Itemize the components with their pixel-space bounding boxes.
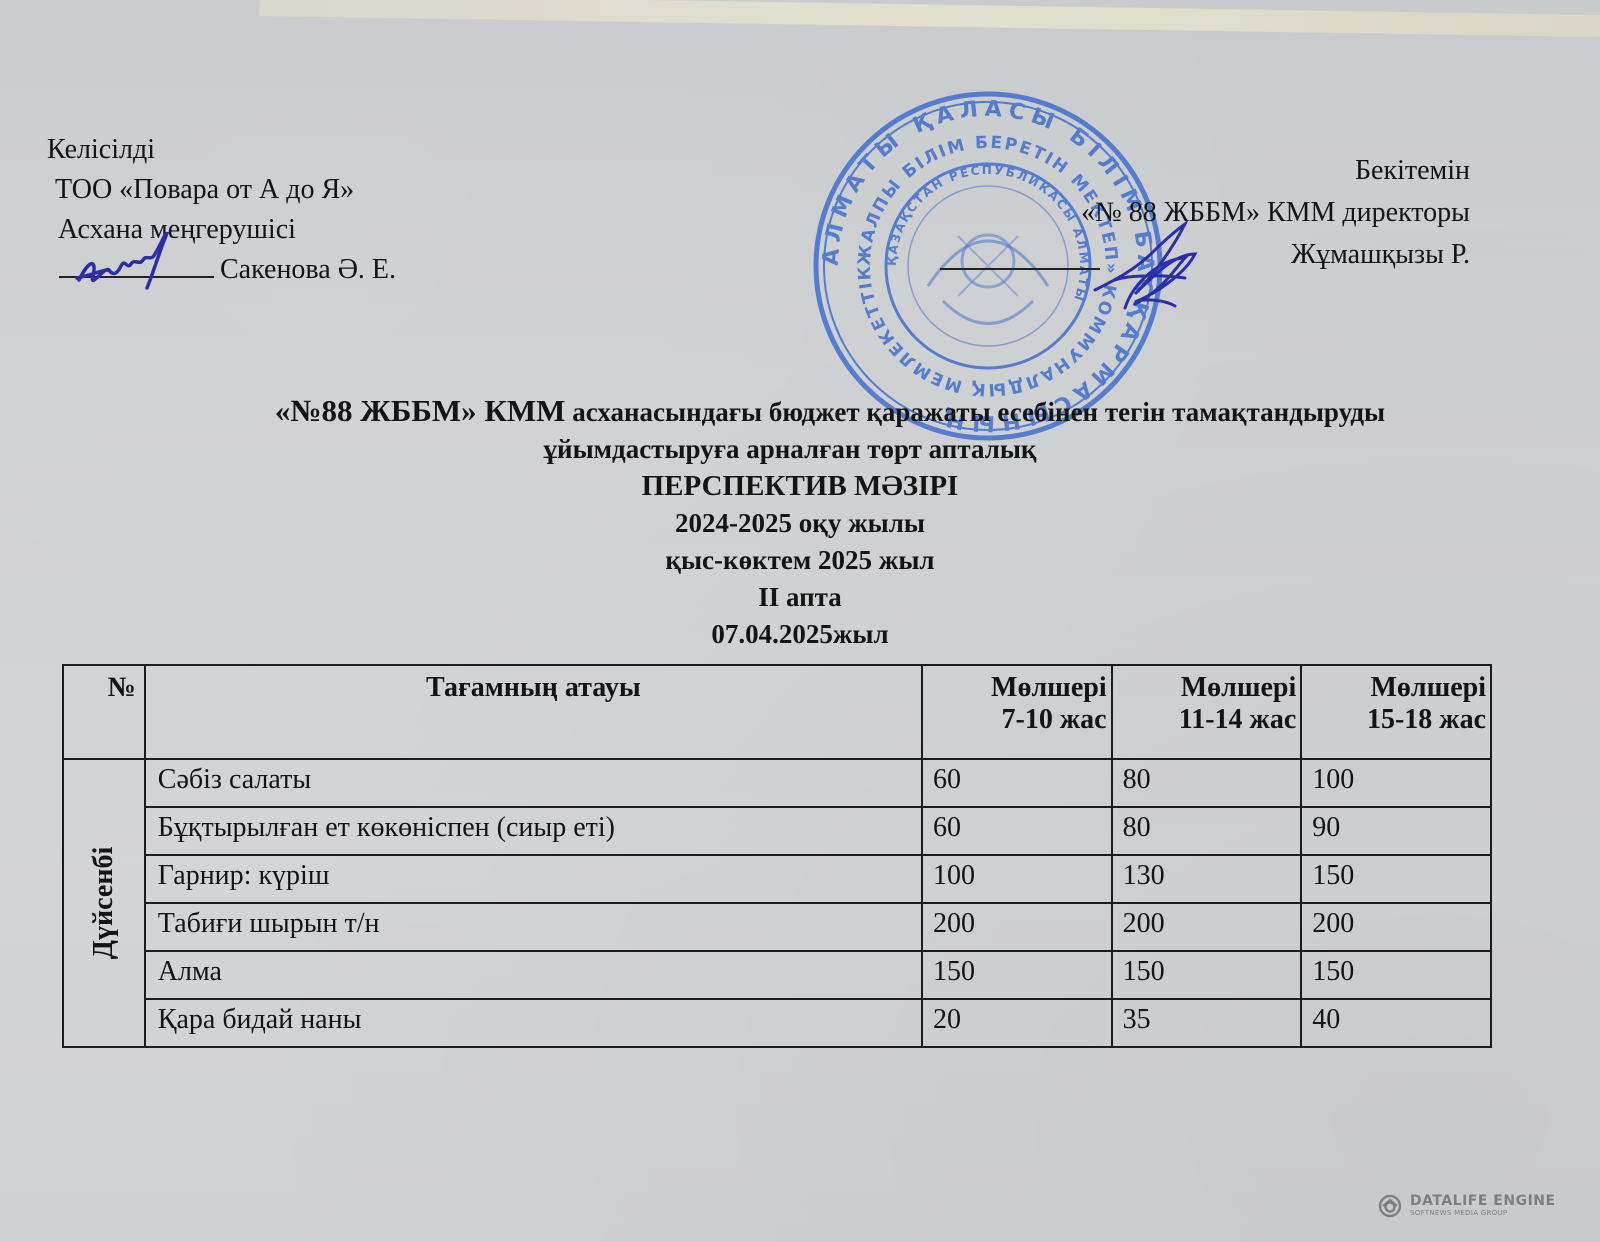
qty-value: 100	[1301, 759, 1491, 807]
title-organization: «№88 ЖББМ» КММ	[275, 393, 566, 428]
watermark-text: DATALIFE ENGINE SOFTNEWS MEDIA GROUP	[1410, 1194, 1556, 1218]
signature-line	[940, 268, 1100, 270]
approved-heading: Бекітемін	[1081, 150, 1470, 192]
qty-value: 80	[1112, 759, 1302, 807]
menu-heading: ПЕРСПЕКТИВ МӘЗІРІ	[0, 468, 1600, 505]
qty-value: 200	[922, 903, 1112, 951]
header-qty-11-14: Мөлшері 11-14 жас	[1112, 665, 1302, 759]
table-row: Алма 150 150 150	[63, 951, 1491, 999]
table-row: Бұқтырылған ет көкөніспен (сиыр еті) 60 …	[63, 807, 1491, 855]
table-row: Дүйсенбі Сәбіз салаты 60 80 100	[63, 759, 1491, 807]
header-qty-15-18: Мөлшері 15-18 жас	[1301, 665, 1491, 759]
qty-value: 100	[922, 855, 1112, 903]
qty-value: 130	[1112, 855, 1302, 903]
qty-label: Мөлшері	[1302, 672, 1486, 704]
agreed-organization: ТОО «Повара от А до Я»	[47, 170, 396, 210]
document-title: «№88 ЖББМ» КММ асханасындағы бюджет қара…	[0, 392, 1600, 653]
approval-agreed-block: Келісілді ТОО «Повара от А до Я» Асхана …	[47, 130, 396, 290]
dish-name: Сәбіз салаты	[145, 759, 922, 807]
header-number: №	[63, 665, 145, 759]
day-cell: Дүйсенбі	[63, 759, 145, 1047]
qty-label: Мөлшері	[923, 672, 1107, 704]
dish-name: Қара бидай наны	[145, 999, 922, 1047]
dish-name: Бұқтырылған ет көкөніспен (сиыр еті)	[145, 807, 922, 855]
qty-value: 35	[1112, 999, 1302, 1047]
dish-name: Алма	[145, 951, 922, 999]
background-surface	[260, 0, 1600, 38]
menu-table: № Тағамның атауы Мөлшері 7-10 жас Мөлшер…	[62, 664, 1492, 1048]
dish-name: Табиғи шырын т/н	[145, 903, 922, 951]
table-row: Табиғи шырын т/н 200 200 200	[63, 903, 1491, 951]
agreed-heading: Келісілді	[47, 130, 396, 170]
qty-value: 90	[1301, 807, 1491, 855]
datalife-logo-icon	[1378, 1194, 1402, 1218]
table-header-row: № Тағамның атауы Мөлшері 7-10 жас Мөлшер…	[63, 665, 1491, 759]
age-group: 7-10 жас	[923, 704, 1107, 736]
qty-value: 40	[1301, 999, 1491, 1047]
qty-value: 20	[922, 999, 1112, 1047]
table-row: Гарнир: күріш 100 130 150	[63, 855, 1491, 903]
age-group: 11-14 жас	[1113, 704, 1297, 736]
age-group: 15-18 жас	[1302, 704, 1486, 736]
qty-value: 60	[922, 807, 1112, 855]
agreed-signature-row: Сакенова Ә. Е.	[47, 250, 396, 290]
title-line-1-text: асханасындағы бюджет қаражаты есебінен т…	[572, 397, 1385, 427]
day-label: Дүйсенбі	[84, 847, 124, 960]
watermark-subtitle: SOFTNEWS MEDIA GROUP	[1410, 1208, 1556, 1218]
season: қыс-көктем 2025 жыл	[0, 542, 1600, 579]
qty-value: 150	[1301, 951, 1491, 999]
title-line-1: «№88 ЖББМ» КММ асханасындағы бюджет қара…	[30, 392, 1600, 431]
signature-icon	[71, 232, 221, 302]
agreed-name: Сакенова Ә. Е.	[220, 254, 396, 285]
header-qty-7-10: Мөлшері 7-10 жас	[922, 665, 1112, 759]
qty-value: 200	[1301, 903, 1491, 951]
qty-value: 150	[1112, 951, 1302, 999]
qty-value: 80	[1112, 807, 1302, 855]
qty-label: Мөлшері	[1113, 672, 1297, 704]
table-row: Қара бидай наны 20 35 40	[63, 999, 1491, 1047]
qty-value: 150	[1301, 855, 1491, 903]
watermark: DATALIFE ENGINE SOFTNEWS MEDIA GROUP	[1378, 1194, 1556, 1218]
signature-icon	[1085, 220, 1225, 330]
dish-name: Гарнир: күріш	[145, 855, 922, 903]
header-dish-name: Тағамның атауы	[145, 665, 922, 759]
menu-date: 07.04.2025жыл	[0, 616, 1600, 653]
watermark-title: DATALIFE ENGINE	[1410, 1194, 1556, 1208]
week-label: II апта	[0, 579, 1600, 616]
academic-year: 2024-2025 оқу жылы	[0, 505, 1600, 542]
qty-value: 60	[922, 759, 1112, 807]
title-line-2: ұйымдастыруға арналған төрт апталық	[0, 431, 1590, 468]
qty-value: 150	[922, 951, 1112, 999]
qty-value: 200	[1112, 903, 1302, 951]
